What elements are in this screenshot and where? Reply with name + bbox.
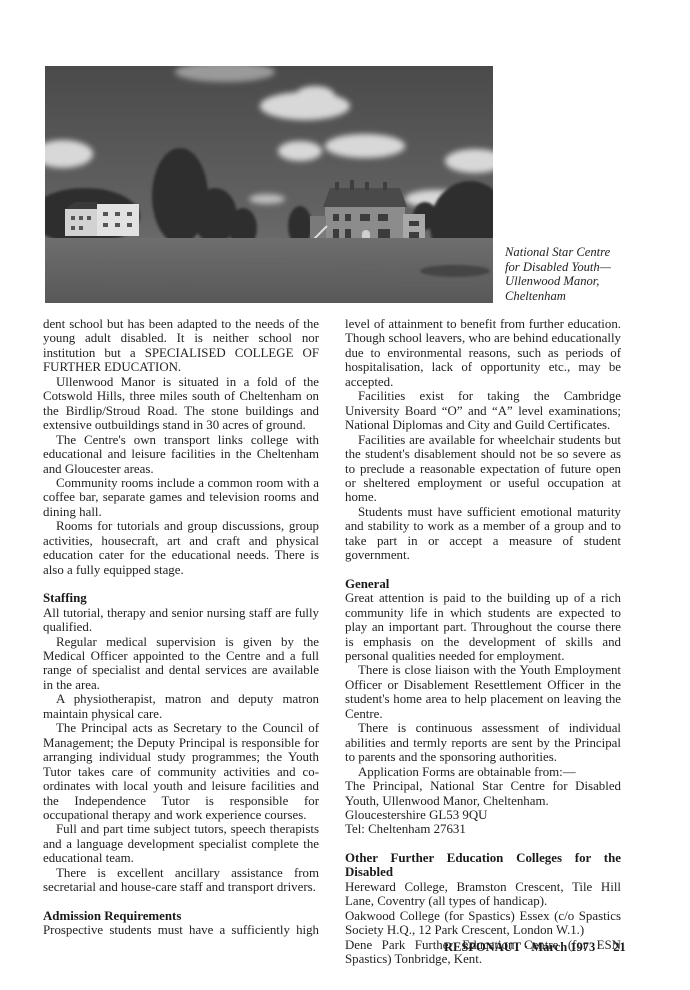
address-line: Gloucestershire GL53 9QU (345, 808, 621, 822)
page-footer: RESPONAUT · March 197321 (444, 940, 626, 955)
paragraph: The Principal acts as Secretary to the C… (43, 721, 319, 822)
paragraph: dent school but has been adapted to the … (43, 317, 319, 375)
section-spacer (43, 577, 319, 591)
paragraph: Community rooms include a common room wi… (43, 476, 319, 519)
caption-line: Ullenwood Manor, (505, 274, 655, 289)
paragraph: There is continuous assessment of indivi… (345, 721, 621, 764)
section-spacer (345, 563, 621, 577)
section-heading-other-colleges: Other Further Education Colleges for the… (345, 851, 621, 880)
paragraph: There is excellent ancillary assistance … (43, 866, 319, 895)
left-column: dent school but has been adapted to the … (43, 317, 319, 938)
caption-line: National Star Centre (505, 245, 655, 260)
college-entry: Hereward College, Bramston Crescent, Til… (345, 880, 621, 909)
page-number: 21 (613, 940, 626, 954)
paragraph: Facilities are available for wheelchair … (345, 433, 621, 505)
publication-credit: RESPONAUT · March 1973 (444, 940, 595, 954)
caption-line: for Disabled Youth— (505, 260, 655, 275)
paragraph: Application Forms are obtainable from:— (345, 765, 621, 779)
manor-photograph (45, 66, 493, 303)
right-column: level of attainment to benefit from furt… (345, 317, 621, 966)
section-spacer (345, 837, 621, 851)
paragraph: level of attainment to benefit from furt… (345, 317, 621, 389)
paragraph: Great attention is paid to the building … (345, 591, 621, 663)
paragraph: The Centre's own transport links college… (43, 433, 319, 476)
section-heading-staffing: Staffing (43, 591, 319, 605)
section-spacer (43, 895, 319, 909)
paragraph: Students must have sufficient emotional … (345, 505, 621, 563)
photo-caption: National Star Centre for Disabled Youth—… (505, 245, 655, 303)
paragraph: Facilities exist for taking the Cambridg… (345, 389, 621, 432)
paragraph: Rooms for tutorials and group discussion… (43, 519, 319, 577)
paragraph: Regular medical supervision is given by … (43, 635, 319, 693)
paragraph: A physiotherapist, matron and deputy mat… (43, 692, 319, 721)
photo-illustration (45, 66, 493, 303)
section-heading-admission: Admission Requirements (43, 909, 319, 923)
paragraph: Prospective students must have a suffici… (43, 923, 319, 937)
paragraph: Ullenwood Manor is situated in a fold of… (43, 375, 319, 433)
college-entry: Oakwood College (for Spastics) Essex (c/… (345, 909, 621, 938)
paragraph: There is close liaison with the Youth Em… (345, 663, 621, 721)
address-line: The Principal, National Star Centre for … (345, 779, 621, 808)
telephone-line: Tel: Cheltenham 27631 (345, 822, 621, 836)
caption-line: Cheltenham (505, 289, 655, 304)
paragraph: Full and part time subject tutors, speec… (43, 822, 319, 865)
section-heading-general: General (345, 577, 621, 591)
paragraph: All tutorial, therapy and senior nursing… (43, 606, 319, 635)
